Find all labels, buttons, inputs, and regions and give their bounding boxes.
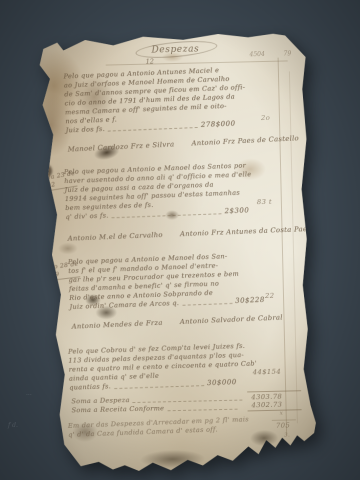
- margin-right-entry-1: 2o: [261, 114, 270, 122]
- folio-number: 4504: [249, 51, 264, 58]
- ledger-entry-4: Pelo que Cobrou d' se fez Comp'ta levei …: [68, 341, 277, 393]
- dotted-leader: [108, 122, 198, 132]
- total-label: Soma a Despeza: [71, 396, 129, 405]
- dotted-leader: [133, 395, 243, 403]
- entry-amount: 2$300: [224, 206, 249, 215]
- margin-right-entry-2: 83 t: [257, 198, 272, 206]
- totals-block: Soma a Despeza Soma a Receita Conforme: [71, 393, 246, 415]
- stain-edge-chip-1: [35, 131, 49, 147]
- closing-block: Em dar das Despezas d'Arrecadar em pg 2 …: [68, 415, 250, 440]
- page-number: 12: [146, 57, 154, 65]
- dotted-leader: [182, 298, 232, 306]
- ledger-entry-2: Pelo que pagou a Antonio e Manoel dos Sa…: [64, 160, 274, 222]
- amount-label: Juiz dos fs.: [66, 125, 106, 135]
- entry-amount: 30$000: [207, 378, 237, 387]
- entry-amount: 278$000: [201, 119, 236, 128]
- closing-sub-amount: 3.: [284, 432, 290, 438]
- stain-bottom-edge: [140, 449, 204, 468]
- total-label: Soma a Receita Conforme: [71, 404, 164, 414]
- stain-edge-chip-3: [34, 187, 50, 199]
- ledger-entry-1: Pelo que pagou a Antonio Antunes Maciel …: [63, 64, 273, 135]
- signature-line-3: Antonio Mendes de Frza Antonio Salvador …: [71, 313, 282, 331]
- fold-crease-2: [289, 71, 298, 423]
- total-receita-value: 4302.73: [251, 401, 282, 410]
- ledger-entry-3: Pelo que pagou a Antonio e Manoel dos Sa…: [68, 250, 278, 312]
- background-dots: ...: [26, 390, 32, 397]
- check-mark: x: [280, 411, 284, 417]
- stain-edge-chip-4: [45, 213, 55, 223]
- smudge-left: [58, 242, 78, 254]
- entry-amount: 30$228: [235, 296, 265, 305]
- paper-sheet: Despezas 12 4504 79 Pelo que pagou a Ant…: [33, 29, 321, 477]
- margin-right-entry-4: 44$154: [253, 368, 282, 377]
- fold-crease: [278, 58, 288, 436]
- photo-background: f d. ...: [0, 0, 360, 480]
- margin-right-entry-3: 22: [265, 292, 275, 300]
- background-mark: f d.: [8, 422, 18, 429]
- signature-line-1: Manoel Cardozo Frz e Silvra Antonio Frz …: [67, 134, 299, 154]
- manuscript-page: Despezas 12 4504 79 Pelo que pagou a Ant…: [33, 29, 321, 477]
- closing-amount: 705: [276, 421, 290, 429]
- stain-edge-chip-5: [38, 233, 50, 247]
- totals-rule-bottom: [248, 409, 302, 411]
- dotted-leader: [167, 404, 237, 412]
- amount-label: quantias fs.: [69, 382, 111, 391]
- dotted-leader: [114, 380, 204, 389]
- stain-bottom-right: [250, 430, 278, 447]
- amount-label: q' div' os fs.: [65, 211, 108, 221]
- corner-number: 79: [283, 50, 291, 57]
- signature-line-2: Antonio M.el de Carvalho Antonio Frz Ant…: [67, 225, 311, 244]
- dotted-leader: [111, 208, 221, 218]
- page-title: Despezas: [129, 44, 221, 56]
